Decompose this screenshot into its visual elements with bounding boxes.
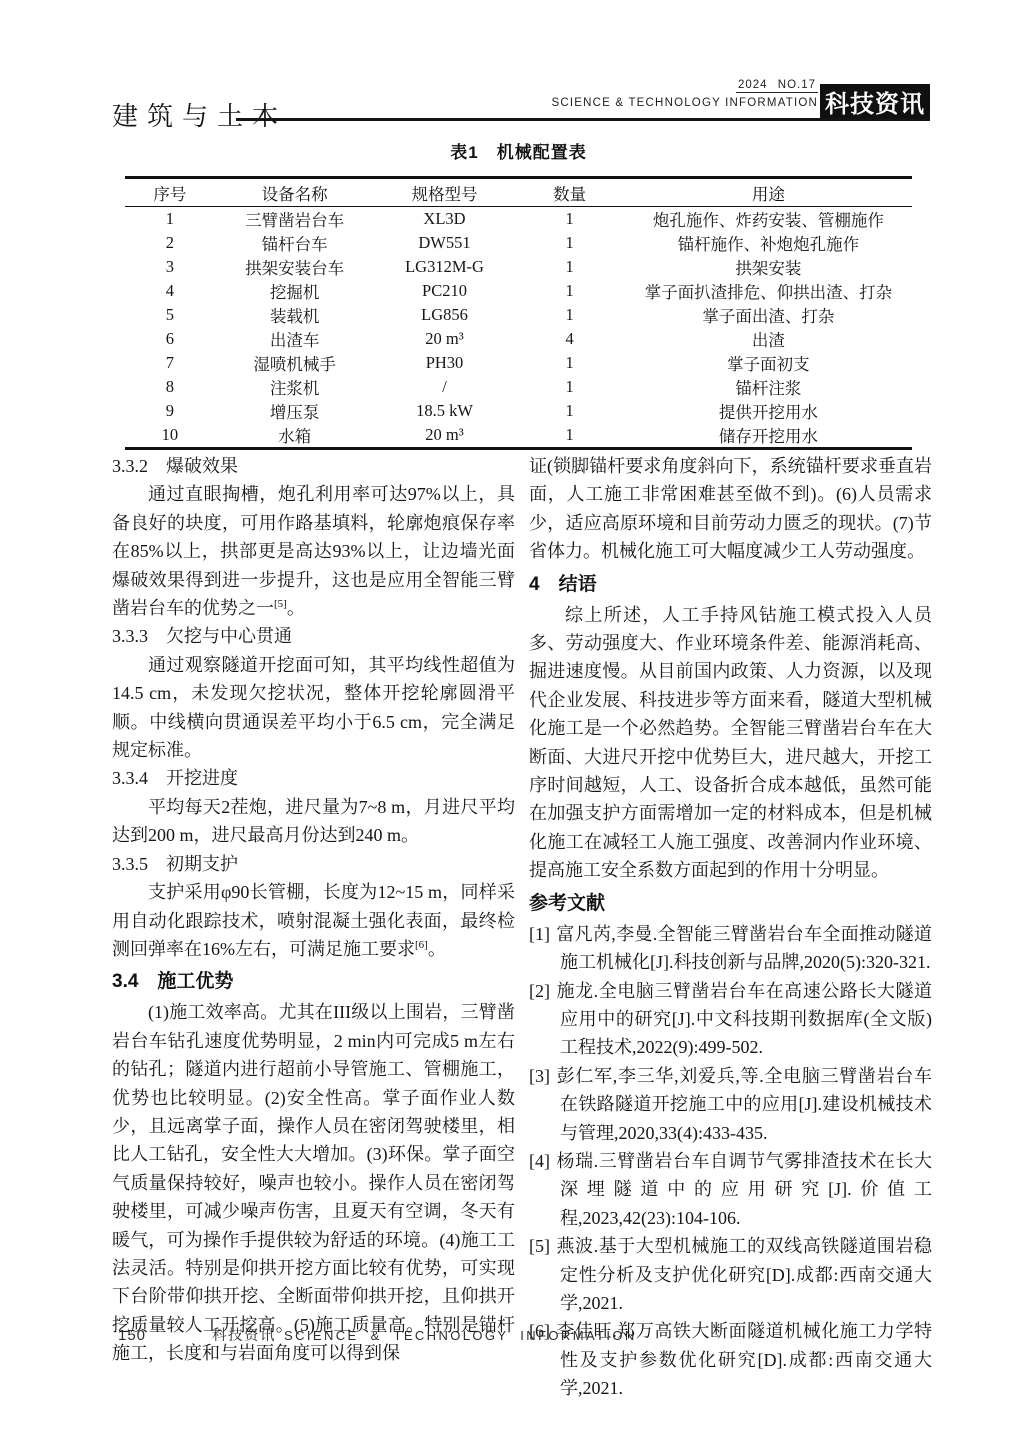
paragraph: (1)施工效率高。尤其在III级以上围岩，三臂凿岩台车钻孔速度优势明显，2 mi… xyxy=(112,998,515,1367)
text-run: 平均每天2茬炮，进尺量为7~8 m，月进尺平均达到200 m，进尺最高月份达到2… xyxy=(112,797,515,845)
table-row: 6出渣车20 m³4出渣 xyxy=(125,327,912,351)
reference-item: [4]杨瑞.三臂凿岩台车自调节气雾排渣技术在长大深埋隧道中的应用研究[J].价值… xyxy=(529,1147,932,1232)
section-heading: 4 结语 xyxy=(529,570,932,599)
paragraph: 平均每天2茬炮，进尺量为7~8 m，月进尺平均达到200 m，进尺最高月份达到2… xyxy=(112,793,515,850)
text-run: 通过观察隧道开挖面可知，其平均线性超值为14.5 cm，未发现欠挖状况，整体开挖… xyxy=(112,655,515,760)
table-cell: DW551 xyxy=(374,231,514,255)
citation-superscript: [5] xyxy=(274,598,287,610)
right-column: 证(锁脚锚杆要求角度斜向下，系统锚杆要求垂直岩面，人工施工非常困难甚至做不到)。… xyxy=(529,452,932,1403)
table-cell: 1 xyxy=(515,351,625,375)
page-number: 150 xyxy=(118,1327,146,1344)
text-run: 。 xyxy=(287,598,305,618)
table-cell: 掌子面出渣、打杂 xyxy=(625,303,912,327)
table-row: 3拱架安装台车LG312M-G1拱架安装 xyxy=(125,255,912,279)
paragraph: 综上所述，人工手持风钻施工模式投入人员多、劳动强度大、作业环境条件差、能源消耗高… xyxy=(529,601,932,885)
table-cell: 提供开挖用水 xyxy=(625,399,912,423)
table-cell: 增压泵 xyxy=(215,399,375,423)
table-cell: 储存开挖用水 xyxy=(625,423,912,449)
left-column: 3.3.2 爆破效果通过直眼掏槽，炮孔利用率可达97%以上，具备良好的块度，可用… xyxy=(112,452,515,1403)
table-cell: 6 xyxy=(125,327,215,351)
table-cell: LG856 xyxy=(374,303,514,327)
table-cell: 拱架安装台车 xyxy=(215,255,375,279)
table-row: 9增压泵18.5 kW1提供开挖用水 xyxy=(125,399,912,423)
table-title: 表1 机械配置表 xyxy=(125,138,912,163)
text-run: 综上所述，人工手持风钻施工模式投入人员多、劳动强度大、作业环境条件差、能源消耗高… xyxy=(529,605,932,881)
table-header-cell: 用途 xyxy=(625,178,912,207)
table-cell: 1 xyxy=(515,207,625,232)
citation-superscript: [6] xyxy=(415,939,428,951)
reference-item: [2]施龙.全电脑三臂凿岩台车在高速公路长大隧道应用中的研究[J].中文科技期刊… xyxy=(529,977,932,1062)
text-run: 。 xyxy=(428,939,446,959)
table-row: 4挖掘机PC2101掌子面扒渣排危、仰拱出渣、打杂 xyxy=(125,279,912,303)
article-body: 3.3.2 爆破效果通过直眼掏槽，炮孔利用率可达97%以上，具备良好的块度，可用… xyxy=(112,452,932,1403)
table-row: 8注浆机/1锚杆注浆 xyxy=(125,375,912,399)
column-section-label: 建筑与土木 xyxy=(112,96,287,133)
reference-item: [5]燕波.基于大型机械施工的双线高铁隧道围岩稳定性分析及支护优化研究[D].成… xyxy=(529,1232,932,1317)
footer-journal-en: SCIENCE & TECHNOLOGY INFORMATION xyxy=(284,1328,637,1343)
reference-label: [5] xyxy=(529,1236,556,1256)
reference-item: [1]富凡芮,李曼.全智能三臂凿岩台车全面推动隧道施工机械化[J].科技创新与品… xyxy=(529,920,932,977)
paragraph: 支护采用φ90长管棚，长度为12~15 m，同样采用自动化跟踪技术，喷射混凝土强… xyxy=(112,878,515,963)
subsection-heading: 3.3.4 开挖进度 xyxy=(112,764,515,792)
table-cell: 5 xyxy=(125,303,215,327)
table-row: 7湿喷机械手PH301掌子面初支 xyxy=(125,351,912,375)
table-row: 10水箱20 m³1储存开挖用水 xyxy=(125,423,912,449)
text-run: (1)施工效率高。尤其在III级以上围岩，三臂凿岩台车钻孔速度优势明显，2 mi… xyxy=(112,1002,515,1363)
table-cell: 掌子面扒渣排危、仰拱出渣、打杂 xyxy=(625,279,912,303)
subsection-heading: 3.3.5 初期支护 xyxy=(112,850,515,878)
table-cell: 2 xyxy=(125,231,215,255)
table-cell: 三臂凿岩台车 xyxy=(215,207,375,232)
table-cell: 1 xyxy=(515,423,625,449)
text-run: 通过直眼掏槽，炮孔利用率可达97%以上，具备良好的块度，可用作路基填料，轮廓炮痕… xyxy=(112,484,515,618)
text-run: 支护采用φ90长管棚，长度为12~15 m，同样采用自动化跟踪技术，喷射混凝土强… xyxy=(112,882,515,959)
table-row: 2锚杆台车DW5511锚杆施作、补炮炮孔施作 xyxy=(125,231,912,255)
table-cell: 出渣 xyxy=(625,327,912,351)
table-row: 5装载机LG8561掌子面出渣、打杂 xyxy=(125,303,912,327)
table-cell: 炮孔施作、炸药安装、管棚施作 xyxy=(625,207,912,232)
table-header-cell: 规格型号 xyxy=(374,178,514,207)
table-cell: 1 xyxy=(515,399,625,423)
table-cell: XL3D xyxy=(374,207,514,232)
table-header-cell: 数量 xyxy=(515,178,625,207)
table-cell: 1 xyxy=(515,375,625,399)
table-header-cell: 设备名称 xyxy=(215,178,375,207)
paragraph: 证(锁脚锚杆要求角度斜向下，系统锚杆要求垂直岩面，人工施工非常困难甚至做不到)。… xyxy=(529,452,932,566)
table-cell: 4 xyxy=(515,327,625,351)
table-cell: 锚杆施作、补炮炮孔施作 xyxy=(625,231,912,255)
table-cell: 挖掘机 xyxy=(215,279,375,303)
reference-label: [2] xyxy=(529,981,556,1001)
equipment-table: 序号设备名称规格型号数量用途 1三臂凿岩台车XL3D1炮孔施作、炸药安装、管棚施… xyxy=(125,176,912,450)
table-cell: 4 xyxy=(125,279,215,303)
table-cell: 锚杆台车 xyxy=(215,231,375,255)
paragraph: 通过直眼掏槽，炮孔利用率可达97%以上，具备良好的块度，可用作路基填料，轮廓炮痕… xyxy=(112,480,515,622)
table-cell: 1 xyxy=(515,231,625,255)
table-cell: 水箱 xyxy=(215,423,375,449)
table-header-cell: 序号 xyxy=(125,178,215,207)
table-cell: 出渣车 xyxy=(215,327,375,351)
table-cell: 注浆机 xyxy=(215,375,375,399)
table-header: 序号设备名称规格型号数量用途 xyxy=(125,178,912,207)
page: { "header": { "section_label": "建筑与土木", … xyxy=(0,0,1020,1431)
table-cell: 锚杆注浆 xyxy=(625,375,912,399)
table-cell: 湿喷机械手 xyxy=(215,351,375,375)
table-cell: 7 xyxy=(125,351,215,375)
reference-label: [4] xyxy=(529,1151,556,1171)
reference-label: [1] xyxy=(529,924,556,944)
table-cell: PH30 xyxy=(374,351,514,375)
table-cell: 装载机 xyxy=(215,303,375,327)
subsection-heading: 3.3.2 爆破效果 xyxy=(112,452,515,480)
paragraph: 通过观察隧道开挖面可知，其平均线性超值为14.5 cm，未发现欠挖状况，整体开挖… xyxy=(112,651,515,765)
table-cell: 9 xyxy=(125,399,215,423)
table-body: 1三臂凿岩台车XL3D1炮孔施作、炸药安装、管棚施作2锚杆台车DW5511锚杆施… xyxy=(125,207,912,449)
table-cell: 20 m³ xyxy=(374,423,514,449)
journal-name-english: SCIENCE & TECHNOLOGY INFORMATION xyxy=(551,97,818,109)
reference-item: [3]彭仁军,李三华,刘爱兵,等.全电脑三臂凿岩台车在铁路隧道开挖施工中的应用[… xyxy=(529,1062,932,1147)
table-cell: 拱架安装 xyxy=(625,255,912,279)
table-cell: LG312M-G xyxy=(374,255,514,279)
table-cell: 1 xyxy=(125,207,215,232)
text-run: 证(锁脚锚杆要求角度斜向下，系统锚杆要求垂直岩面，人工施工非常困难甚至做不到)。… xyxy=(529,456,932,561)
table-row: 1三臂凿岩台车XL3D1炮孔施作、炸药安装、管棚施作 xyxy=(125,207,912,232)
journal-logo: 科技资讯 xyxy=(820,84,930,118)
table-cell: 1 xyxy=(515,255,625,279)
issue-number: 2024 NO.17 xyxy=(736,79,818,93)
table-cell: 10 xyxy=(125,423,215,449)
section-heading: 参考文献 xyxy=(529,889,932,918)
table-cell: 20 m³ xyxy=(374,327,514,351)
table-cell: 1 xyxy=(515,303,625,327)
table-cell: 3 xyxy=(125,255,215,279)
reference-label: [3] xyxy=(529,1066,556,1086)
subsection-heading: 3.3.3 欠挖与中心贯通 xyxy=(112,622,515,650)
table-cell: / xyxy=(374,375,514,399)
footer-journal-cn: 科技资讯 xyxy=(212,1324,276,1345)
table-cell: 18.5 kW xyxy=(374,399,514,423)
table-cell: 掌子面初支 xyxy=(625,351,912,375)
table-cell: PC210 xyxy=(374,279,514,303)
table-cell: 1 xyxy=(515,279,625,303)
section-heading: 3.4 施工优势 xyxy=(112,967,515,996)
table-cell: 8 xyxy=(125,375,215,399)
page-footer: 150 科技资讯 SCIENCE & TECHNOLOGY INFORMATIO… xyxy=(118,1324,918,1345)
